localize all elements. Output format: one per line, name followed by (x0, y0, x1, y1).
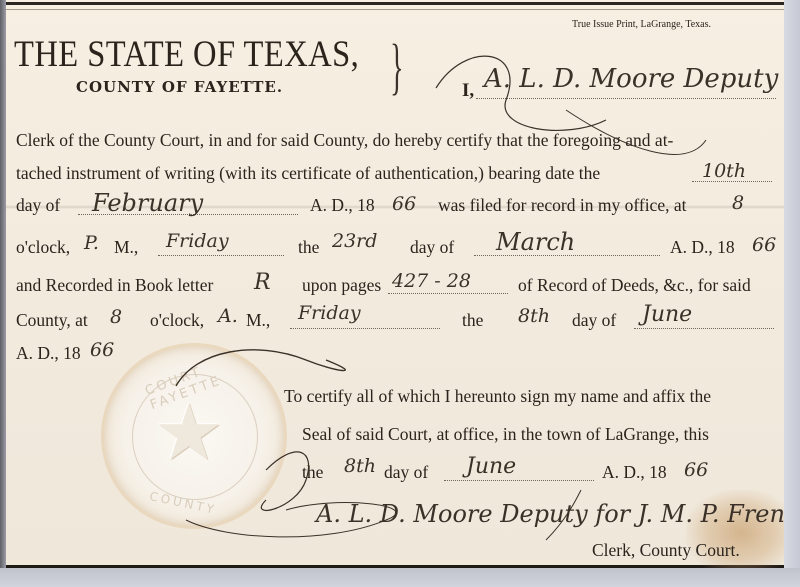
body-line-5b: upon pages (302, 275, 381, 296)
handwritten-attest-month: June (466, 454, 516, 479)
weekday-blank (158, 254, 284, 256)
embossed-court-seal: COURT FAYETTE ★ COUNTY (104, 346, 284, 526)
handwritten-record-ampm: A. (218, 305, 238, 327)
handwritten-filed-year: 66 (752, 234, 776, 256)
attestation-line-1: To certify all of which I hereunto sign … (284, 386, 711, 407)
attestation-line-2: Seal of said Court, at office, in the to… (302, 424, 709, 445)
attestation-line-3b: day of (384, 462, 428, 483)
body-line-6e: day of (572, 310, 616, 331)
body-line-6a: County, at (16, 310, 88, 331)
body-line-6c: M., (246, 310, 270, 331)
handwritten-record-year: 66 (90, 339, 114, 361)
body-line-4b: M., (114, 237, 138, 258)
record-weekday-blank (290, 327, 440, 329)
body-line-7a: A. D., 18 (16, 343, 81, 364)
pages-blank (388, 292, 508, 294)
handwritten-year: 66 (392, 193, 416, 215)
handwritten-record-hour: 8 (110, 306, 122, 328)
attestation-line-3a: the (302, 462, 323, 483)
record-month-blank (634, 327, 774, 329)
handwritten-attest-day: 8th (344, 455, 376, 477)
handwritten-pages: 427 - 28 (392, 270, 471, 292)
body-line-2: tached instrument of writing (with its c… (16, 163, 600, 184)
star-icon: ★ (154, 394, 224, 472)
certificate-document: True Issue Print, LaGrange, Texas. THE S… (6, 0, 784, 568)
handwritten-record-month: June (642, 302, 692, 327)
handwritten-book-letter: R (254, 270, 271, 295)
body-line-6d: the (462, 310, 483, 331)
attest-month-blank (444, 479, 594, 481)
county-subtitle: COUNTY OF FAYETTE. (76, 78, 283, 96)
brace-glyph: } (390, 36, 403, 98)
bottom-border-rule (6, 565, 784, 568)
handwritten-filed-day: 23rd (332, 230, 377, 252)
body-line-3c: was filed for record in my office, at (438, 195, 686, 216)
body-line-4e: A. D., 18 (670, 237, 735, 258)
handwritten-record-weekday: Friday (298, 302, 361, 324)
body-line-4a: o'clock, (16, 237, 70, 258)
handwritten-attest-year: 66 (684, 459, 708, 481)
handwritten-date-day: 10th (702, 160, 746, 182)
top-border-rule (6, 2, 784, 5)
handwritten-record-day: 8th (518, 305, 550, 327)
body-line-6b: o'clock, (150, 310, 204, 331)
body-line-4c: the (298, 237, 319, 258)
handwritten-filed-month: March (496, 228, 575, 256)
handwritten-hour: 8 (732, 192, 744, 214)
printer-credit: True Issue Print, LaGrange, Texas. (572, 19, 711, 30)
body-line-4d: day of (410, 237, 454, 258)
top-border-thin-rule (6, 9, 784, 10)
handwritten-signer-name: A. L. D. Moore Deputy (484, 64, 778, 94)
body-line-5a: and Recorded in Book letter (16, 275, 213, 296)
handwritten-signature: A. L. D. Moore Deputy for J. M. P. Frenc… (316, 500, 784, 528)
body-line-3b: A. D., 18 (310, 195, 375, 216)
document-title: THE STATE OF TEXAS, (14, 33, 359, 76)
clerk-title: Clerk, County Court. (592, 540, 740, 561)
body-line-3a: day of (16, 195, 60, 216)
attestation-line-3c: A. D., 18 (602, 462, 667, 483)
scan-background-bottom (0, 568, 800, 587)
scan-background-right (784, 0, 800, 587)
body-line-1: Clerk of the County Court, in and for sa… (16, 130, 673, 151)
body-line-5c: of Record of Deeds, &c., for said (518, 275, 751, 296)
signer-prefix: I, (462, 80, 474, 102)
signer-blank (476, 97, 776, 99)
handwritten-ampm: P. (84, 232, 99, 254)
handwritten-weekday: Friday (166, 230, 229, 252)
handwritten-month: February (92, 189, 203, 217)
